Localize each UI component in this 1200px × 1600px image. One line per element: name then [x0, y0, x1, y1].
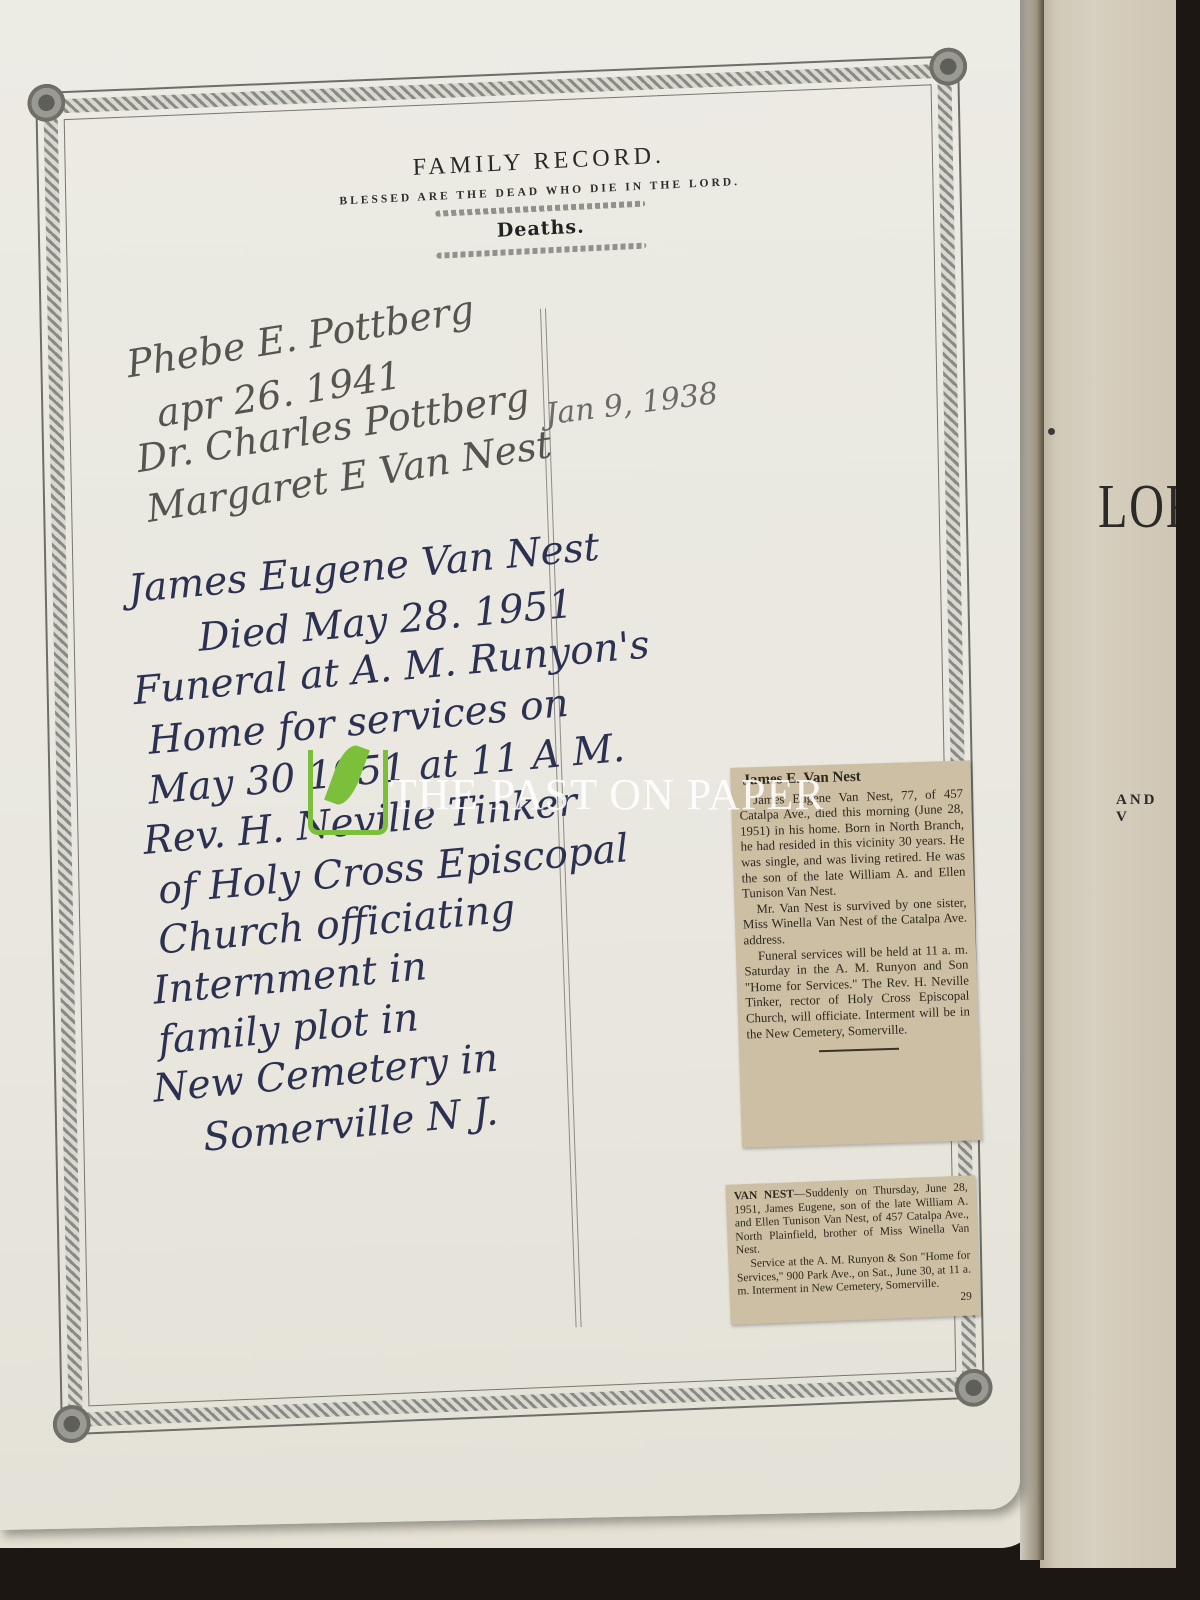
obituary-clipping: James E. Van Nest James Eugene Van Nest,…	[730, 760, 982, 1147]
clipping-paragraph: Funeral services will be held at 11 a. m…	[744, 942, 971, 1043]
right-page-subtitle-fragment: AND V	[1116, 792, 1176, 826]
page-spot	[1048, 428, 1055, 435]
right-page-title-fragment: LOR	[1098, 472, 1176, 543]
clipping-paragraph: Mr. Van Nest is survived by one sister, …	[742, 895, 967, 949]
corner-ornament-icon	[929, 47, 968, 87]
clipping-paragraph: James Eugene Van Nest, 77, of 457 Catalp…	[739, 786, 966, 902]
death-notice-clipping: VAN NEST—Suddenly on Thursday, June 28, …	[725, 1175, 980, 1324]
book-gutter	[1020, 0, 1044, 1560]
corner-ornament-icon	[954, 1368, 993, 1408]
book-photo: FAMILY RECORD. BLESSED ARE THE DEAD WHO …	[0, 0, 1176, 1568]
right-page	[1040, 0, 1176, 1568]
clipping-headline: James E. Van Nest	[738, 767, 962, 790]
corner-ornament-icon	[52, 1404, 91, 1444]
clipping-rule	[819, 1048, 899, 1053]
notice-lead: VAN NEST	[734, 1188, 795, 1202]
